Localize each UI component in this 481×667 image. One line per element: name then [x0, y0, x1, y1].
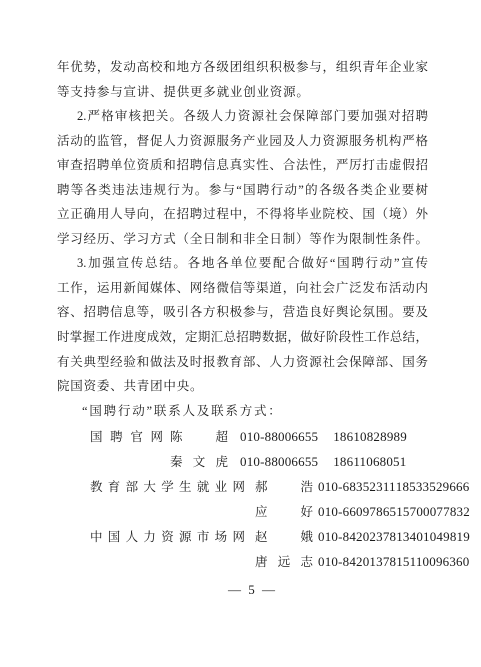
contact-mobile: 15700077832 — [396, 499, 470, 524]
text-line: 3.加强宣传总结。各地各单位要配合做好“国聘行动”宣传 — [57, 251, 428, 276]
contact-phone: 010-84202378 — [318, 524, 396, 549]
contact-phone: 010-68352311 — [318, 474, 396, 499]
contact-row: 唐远志 010-84201378 15110096360 — [57, 549, 428, 574]
text-line: 等支持参与宣讲、提供更多就业创业资源。 — [57, 80, 428, 105]
text-line: 立正确用人导向，在招聘过程中，不得将毕业院校、国（境）外 — [57, 202, 428, 227]
page-number: — 5 — — [0, 580, 481, 600]
contact-row: 应 好 010-66097865 15700077832 — [57, 499, 428, 524]
text-line: 工作，运用新闻媒体、网络微信等渠道，向社会广泛发布活动内 — [57, 276, 428, 301]
contact-phone: 010-66097865 — [318, 499, 396, 524]
text-line: 审查招聘单位资质和招聘信息真实性、合法性，严厉打击虚假招 — [57, 153, 428, 178]
contact-mobile: 18611068051 — [333, 449, 406, 474]
text-line: 聘等各类违法违规行为。参与“国聘行动”的各级各类企业要树 — [57, 178, 428, 203]
text-line: 容、招聘信息等，吸引各方积极参与，营造良好舆论氛围。要及 — [57, 300, 428, 325]
text-line: 有关典型经验和做法及时报教育部、人力资源社会保障部、国务 — [57, 350, 428, 375]
contact-name: 唐远志 — [255, 550, 313, 575]
text-line: 时掌握工作进度成效，定期汇总招聘数据，做好阶段性工作总结， — [57, 325, 428, 350]
contact-name: 应 好 — [255, 500, 313, 525]
document-page: 年优势，发动高校和地方各级团组织积极参与，组织青年企业家 等支持参与宣讲、提供更… — [0, 0, 481, 667]
contact-name: 秦文虎 — [170, 450, 228, 475]
contact-phone: 010-88006655 — [240, 449, 318, 474]
contact-name: 陈 超 — [170, 425, 228, 450]
contact-name: 郝 浩 — [255, 475, 313, 500]
document-body: 年优势，发动高校和地方各级团组织积极参与，组织青年企业家 等支持参与宣讲、提供更… — [57, 55, 428, 574]
contact-site: 中国人力资源市场网 — [90, 525, 245, 550]
contact-phone: 010-84201378 — [318, 549, 396, 574]
contact-row: 秦文虎 010-88006655 18611068051 — [57, 449, 428, 474]
contact-row: 中国人力资源市场网 赵 娥 010-84202378 13401049819 — [57, 524, 428, 549]
contact-mobile: 18533529666 — [396, 474, 470, 499]
text-line: 院国资委、共青团中央。 — [57, 374, 428, 399]
contact-name: 赵 娥 — [255, 525, 313, 550]
contact-site: 教育部大学生就业网 — [90, 475, 245, 500]
contact-mobile: 18610828989 — [333, 424, 407, 449]
contact-site: 国聘官网 — [90, 425, 163, 450]
text-line: 2.严格审核把关。各级人力资源社会保障部门要加强对招聘 — [57, 104, 428, 129]
text-line: 活动的监管，督促人力资源服务产业园及人力资源服务机构严格 — [57, 129, 428, 154]
contact-mobile: 13401049819 — [396, 524, 470, 549]
text-line: 年优势，发动高校和地方各级团组织积极参与，组织青年企业家 — [57, 55, 428, 80]
contact-phone: 010-88006655 — [240, 424, 318, 449]
contact-mobile: 15110096360 — [396, 549, 469, 574]
contacts-heading: “国聘行动”联系人及联系方式： — [57, 399, 428, 424]
contact-row: 教育部大学生就业网 郝 浩 010-68352311 18533529666 — [57, 474, 428, 499]
text-line: 学习经历、学习方式（全日制和非全日制）等作为限制性条件。 — [57, 227, 428, 252]
contact-row: 国聘官网 陈 超 010-88006655 18610828989 — [57, 424, 428, 449]
